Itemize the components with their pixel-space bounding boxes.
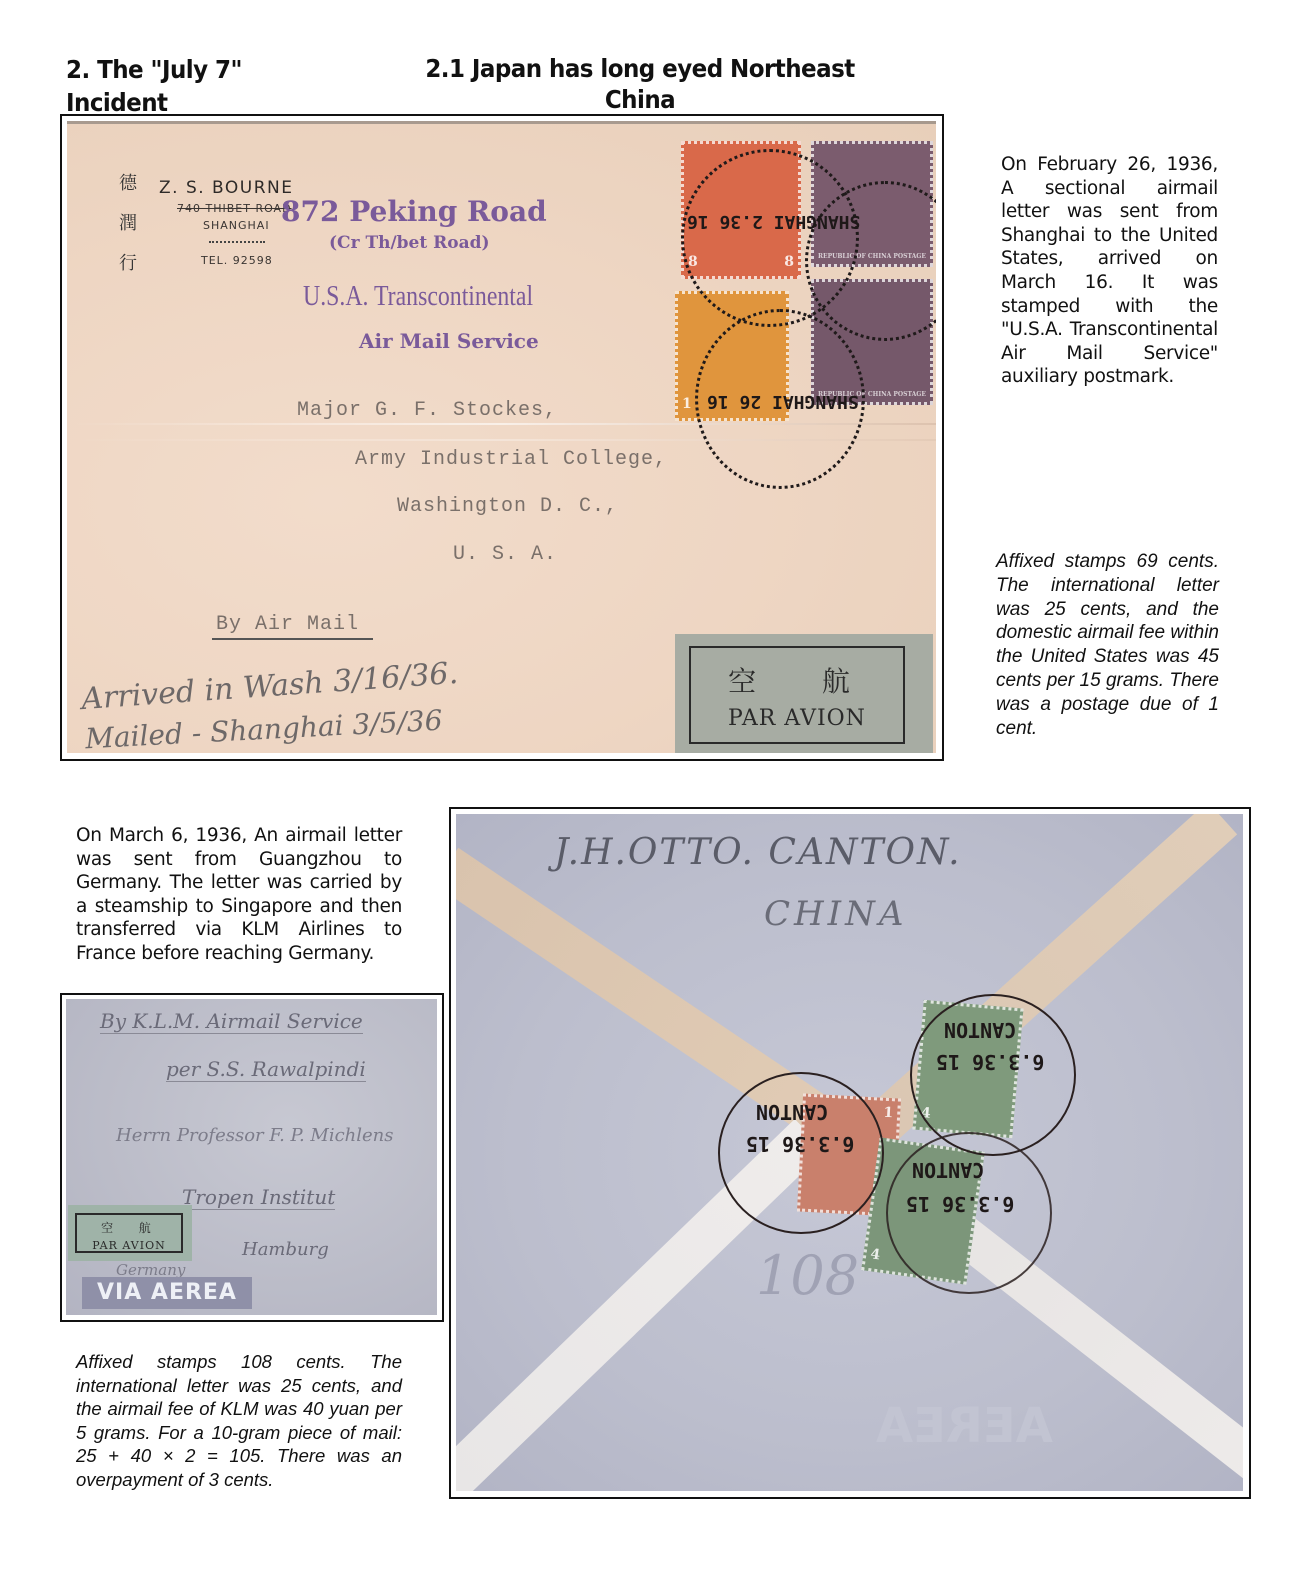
front-manuscript-line: Hamburg	[242, 1239, 329, 1260]
addressee-line: Major G. F. Stockes,	[297, 399, 557, 422]
postmark-text: CANTON	[944, 1018, 1016, 1042]
sender-chinese-char: 行	[119, 249, 137, 275]
postmark-text: SHANGHAI 26 16	[707, 391, 859, 412]
sender-city: SHANGHAI	[203, 219, 270, 232]
cover2-back-envelope: J.H.OTTO. CANTON. CHINA 108 AEREA 1 4 4 …	[456, 814, 1243, 1491]
new-address-handstamp: 872 Peking Road	[281, 195, 547, 228]
sender-chinese-char: 潤	[119, 209, 137, 235]
air-mail-service-handstamp: Air Mail Service	[359, 329, 539, 353]
postmark-text: CANTON	[756, 1100, 828, 1124]
postmark-date: 6.3.36 15	[906, 1192, 1014, 1216]
section-title: 2. The "July 7" Incident	[66, 53, 342, 119]
postmark-date: 6.3.36 15	[936, 1050, 1044, 1074]
cover2-description: On March 6, 1936, An airmail letter was …	[76, 824, 402, 966]
cover1-image-frame: 德 潤 行 Z. S. BOURNE 740 THIBET ROAD SHANG…	[60, 114, 944, 761]
by-air-mail-note: By Air Mail	[212, 613, 373, 640]
postmark-date: 6.3.36 15	[746, 1132, 854, 1156]
ghost-via-aerea: AEREA	[876, 1398, 1053, 1454]
cover1-description: On February 26, 1936, A sectional airmai…	[1001, 153, 1218, 389]
new-address-handstamp-sub: (Cr Th/bet Road)	[329, 233, 490, 253]
cover2-postage-note: Affixed stamps 108 cents. The internatio…	[76, 1350, 402, 1492]
front-manuscript-line: per S.S. Rawalpindi	[166, 1057, 366, 1082]
front-manuscript-line: Herrn Professor F. P. Michlens	[116, 1125, 394, 1146]
front-manuscript-line: Tropen Institut	[182, 1185, 335, 1210]
sender-chinese-char: 德	[119, 169, 137, 195]
addressee-line: Army Industrial College,	[355, 448, 667, 471]
sender-divider	[209, 241, 265, 243]
sender-name: Z. S. BOURNE	[159, 178, 294, 198]
postmark-text: CANTON	[912, 1158, 984, 1182]
par-avion-label-small: 空 航 PAR AVION	[68, 1205, 192, 1261]
addressee-line: Washington D. C.,	[397, 495, 618, 518]
subsection-title: 2.1 Japan has long eyed Northeast China	[401, 53, 879, 115]
front-manuscript-line: By K.L.M. Airmail Service	[100, 1009, 363, 1034]
back-sender-line: CHINA	[764, 894, 907, 934]
transcontinental-handstamp: U.S.A. Transcontinental	[303, 281, 533, 313]
par-avion-chinese: 空 航	[691, 660, 903, 700]
sender-old-address: 740 THIBET ROAD	[177, 202, 292, 215]
par-avion-french: PAR AVION	[77, 1239, 181, 1252]
cover1-postage-note: Affixed stamps 69 cents. The internation…	[996, 550, 1219, 740]
cover2-front-envelope: By K.L.M. Airmail Service per S.S. Rawal…	[66, 999, 437, 1315]
cover1-envelope: 德 潤 行 Z. S. BOURNE 740 THIBET ROAD SHANG…	[67, 121, 936, 753]
par-avion-label: 空 航 PAR AVION	[675, 634, 933, 753]
cover2-front-image-frame: By K.L.M. Airmail Service per S.S. Rawal…	[60, 993, 444, 1322]
sender-tel: TEL. 92598	[201, 254, 273, 267]
postmark-text: SHANGHAI 2.36 16	[687, 211, 860, 232]
back-sender-line: J.H.OTTO. CANTON.	[554, 832, 962, 873]
via-aerea-label: VIA AEREA	[82, 1277, 252, 1309]
addressee-line: U. S. A.	[453, 543, 557, 566]
par-avion-french: PAR AVION	[691, 706, 903, 731]
pencil-note: 108	[756, 1244, 859, 1307]
cover2-back-image-frame: J.H.OTTO. CANTON. CHINA 108 AEREA 1 4 4 …	[449, 807, 1251, 1499]
par-avion-chinese: 空 航	[77, 1219, 181, 1236]
